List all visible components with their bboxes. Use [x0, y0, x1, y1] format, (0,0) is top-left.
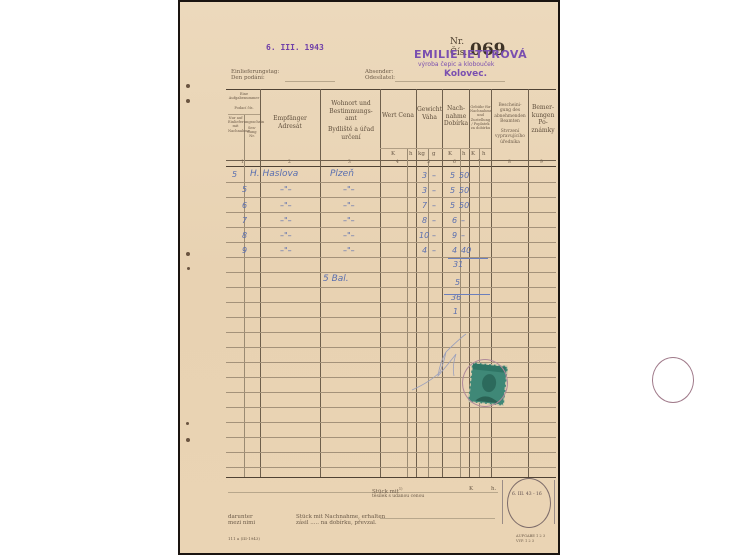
row-line: [226, 467, 556, 468]
row-line: [226, 182, 556, 183]
row-place: –"–: [343, 246, 355, 255]
col1-header-divider: [228, 114, 260, 115]
row-weight-kg: 3: [422, 186, 427, 195]
total-annotation: 1: [453, 307, 458, 316]
postmark-ring: [462, 359, 508, 407]
row-line: [226, 362, 556, 363]
col8-header-b: Stvrzení vypravujícího úředníka: [493, 129, 527, 145]
footnote-sup: 1): [399, 487, 403, 491]
col-number: 2: [288, 160, 291, 165]
col6-header: Nach-nahme Dobírka: [443, 105, 469, 128]
receiver-signature-line: [380, 518, 495, 519]
row-weight-kg: 8: [422, 216, 427, 225]
punch-hole: [186, 99, 190, 103]
row-cod-h: 50: [459, 201, 469, 210]
right-code-2: VYP. 1 2 3: [516, 539, 534, 543]
col2-header: Empfänger Adresát: [264, 115, 316, 130]
row-no: 5: [232, 170, 237, 179]
col-number: 5: [427, 160, 430, 165]
total-annotation: 31: [453, 260, 463, 269]
total-annotation: 5: [455, 278, 460, 287]
col-number: 4: [396, 160, 399, 165]
date-field-line: [285, 81, 335, 82]
row-recipient: H. Haslova: [250, 169, 298, 179]
footer-line: [228, 492, 498, 493]
col-line: [528, 89, 529, 477]
pencil-signature-icon: [410, 332, 470, 392]
unit-h: h: [482, 151, 486, 157]
col7-header: Gebühr für Nachnahme und Zustellung / Po…: [470, 105, 491, 130]
stamp-postmark: [652, 357, 694, 403]
row-cod-h: 50: [459, 171, 469, 180]
row-weight-g: –: [432, 186, 436, 195]
row-line: [226, 437, 556, 438]
col-number: 9: [540, 160, 543, 165]
col1-header-mid: Podací čís.: [228, 106, 260, 110]
row-line: [226, 242, 556, 243]
row-place: –"–: [343, 216, 355, 225]
row-cod-k: 5: [450, 171, 455, 180]
number-label-nr: Nr.: [450, 38, 467, 47]
row-cod-k: 5: [450, 201, 455, 210]
unit-h: h: [462, 151, 466, 157]
row-recipient: –"–: [280, 185, 292, 194]
mezi-nimi-label: mezi nimi: [228, 520, 255, 526]
row-line: [226, 212, 556, 213]
right-code-1: AUFGABE 1 2 3: [516, 534, 545, 538]
row-cod-h: 50: [459, 186, 469, 195]
row-line: [226, 452, 556, 453]
col5-header: Gewicht Váha: [417, 106, 442, 121]
row-no: 6: [242, 201, 247, 210]
row-line: [226, 422, 556, 423]
row-place: –"–: [343, 185, 355, 194]
h-label: h.: [491, 486, 496, 492]
col1-header-b: Sen-dung Nr.: [245, 126, 259, 139]
row-weight-g: –: [432, 231, 436, 240]
row-weight-kg: 4: [422, 246, 427, 255]
row-cod-h: 40: [461, 246, 471, 255]
sender-stamp-line2: výroba čepic a klobouček: [418, 61, 494, 68]
row-line: [226, 317, 556, 318]
punch-hole: [186, 438, 190, 442]
sender-stamp-line3: Kolovec.: [444, 69, 487, 79]
form-code: 111 a (III-1943): [228, 536, 260, 541]
row-recipient: –"–: [280, 216, 292, 225]
postmark-frame-right: [554, 480, 555, 524]
postmark: [507, 478, 551, 528]
zasil-dobirka-label: zásil ..... na dobírku, převzal.: [296, 520, 377, 526]
row-no: 7: [242, 216, 247, 225]
place-note: 5 Bal.: [323, 274, 349, 284]
header-bottom-line: [226, 160, 556, 161]
unit-h: h: [409, 151, 413, 157]
row-line: [226, 407, 556, 408]
col-line: [320, 89, 321, 477]
postmark-frame-left: [502, 480, 503, 524]
row-line: [226, 257, 556, 258]
row-cod-h: –: [461, 216, 465, 225]
row-line: [226, 197, 556, 198]
row-cod-k: 9: [452, 231, 457, 240]
col-number: 8: [508, 160, 511, 165]
sum-underline: [448, 258, 488, 259]
row-cod-k: 4: [452, 246, 457, 255]
date-stamp-text: 6. III. 1943: [266, 43, 324, 52]
punch-hole: [186, 84, 190, 88]
row-place: Plzeň: [330, 169, 354, 179]
row-line: [226, 287, 556, 288]
row-weight-kg: 3: [422, 171, 427, 180]
postmark-date: 6. III. 43 - 16: [512, 492, 542, 497]
colnum-bottom-line: [226, 166, 556, 167]
col-number: 3: [348, 160, 351, 165]
row-recipient: –"–: [280, 201, 292, 210]
punch-hole: [186, 422, 189, 425]
col4-header: Wert Cena: [382, 112, 414, 120]
kusu-label: těsilek s udanou cenou: [372, 494, 424, 499]
unit-g: g: [432, 151, 436, 157]
row-line: [226, 272, 556, 273]
row-line: [226, 332, 556, 333]
k-label: K: [469, 486, 473, 492]
sender-field-line: [395, 81, 505, 82]
sum-underline: [444, 294, 490, 295]
col-number: 1: [241, 160, 244, 165]
row-no: 9: [242, 246, 247, 255]
odesilatel-label: Odesílatel:: [365, 75, 395, 81]
row-recipient: –"–: [280, 231, 292, 240]
col-line: [260, 89, 261, 477]
row-no: 8: [242, 231, 247, 240]
row-place: –"–: [343, 231, 355, 240]
table-bottom-border: [226, 477, 556, 478]
row-line: [226, 347, 556, 348]
row-weight-kg: 10: [419, 231, 429, 240]
row-recipient: –"–: [280, 246, 292, 255]
col3-header-b: Bydliště a úřad určení: [326, 126, 376, 141]
units-line: [380, 148, 491, 149]
row-cod-k: 6: [452, 216, 457, 225]
punch-hole: [186, 252, 190, 256]
row-place: –"–: [343, 201, 355, 210]
row-line: [226, 302, 556, 303]
unit-k: K: [391, 151, 395, 157]
row-cod-h: –: [461, 231, 465, 240]
col9-header: Bemer-kungen Po-známky: [530, 104, 556, 134]
col-number: 6: [453, 160, 456, 165]
unit-k: K: [471, 151, 475, 157]
row-weight-g: –: [432, 201, 436, 210]
row-cod-k: 5: [450, 186, 455, 195]
unit-k: K: [448, 151, 452, 157]
col-number: 7: [478, 160, 481, 165]
col-line: [491, 89, 492, 477]
postal-receipt-sheet: 6. III. 1943 Nr. Čís. 069 EMILIE IETTROV…: [178, 0, 560, 555]
date-stamp: 6. III. 1943: [266, 43, 324, 52]
row-weight-kg: 7: [422, 201, 427, 210]
table-top-border: [226, 89, 556, 90]
col1-header-top: Eine Aufgabenummer: [228, 92, 260, 100]
row-weight-g: –: [432, 216, 436, 225]
punch-hole: [187, 267, 190, 270]
row-weight-g: –: [432, 246, 436, 255]
row-no: 5: [242, 185, 247, 194]
col1-header-a: Nur auf Einlieferungsschein mit Nachnahm…: [228, 116, 243, 133]
unit-kg: kg: [418, 151, 425, 157]
row-line: [226, 227, 556, 228]
den-podani-label: Den podání:: [231, 75, 265, 81]
row-line: [226, 392, 556, 393]
row-weight-g: –: [432, 171, 436, 180]
col8-header-a: Bescheini-gung des abnehmenden Beamten: [493, 103, 527, 125]
sender-stamp-line1: EMILIE IETTROVÁ: [414, 48, 527, 61]
col3-header-a: Wohnort und Bestimmungs-amt: [324, 100, 378, 123]
